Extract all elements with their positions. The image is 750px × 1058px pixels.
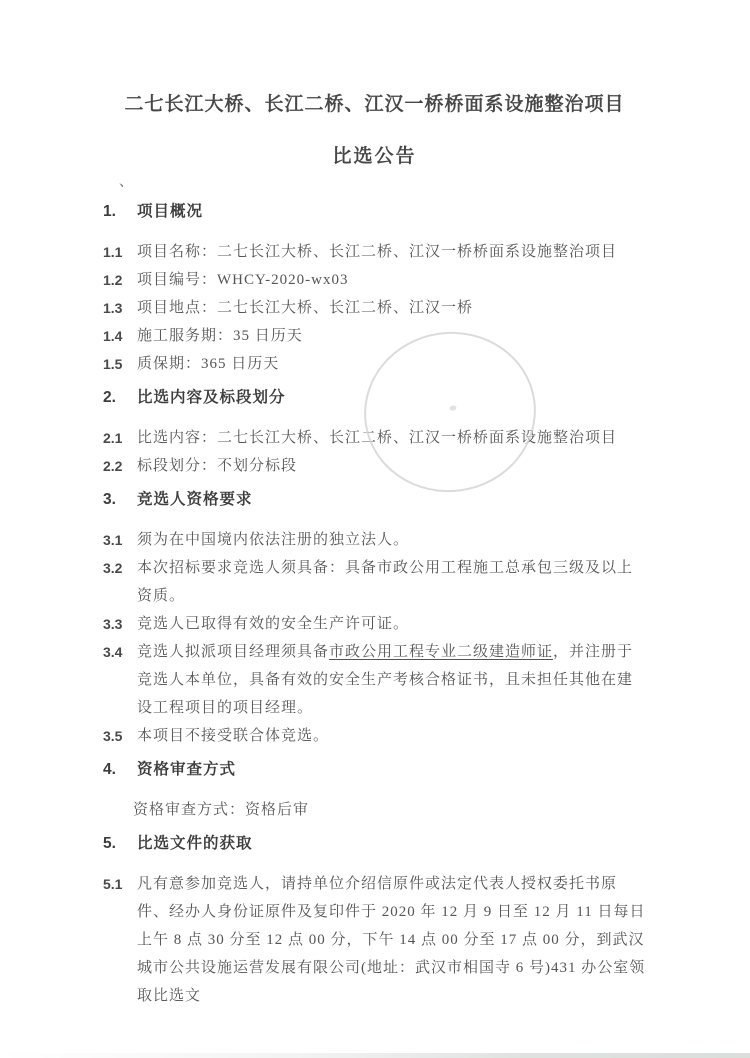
list-item: 3.1 须为在中国境内依法注册的独立法人。	[103, 526, 646, 554]
section-heading-3: 3. 竞选人资格要求	[103, 486, 646, 514]
list-item: 3.5 本项目不接受联合体竞选。	[103, 722, 646, 750]
item-number: 1.1	[103, 238, 137, 266]
item-text: 本项目不接受联合体竞选。	[137, 722, 646, 750]
section-heading-4: 4. 资格审查方式	[103, 756, 646, 784]
item-text: 竞选人拟派项目经理须具备市政公用工程专业二级建造师证，并注册于竞选人本单位，具备…	[137, 638, 646, 722]
section-title: 竞选人资格要求	[137, 486, 253, 514]
section-1-items: 1.1 项目名称：二七长江大桥、长江二桥、江汉一桥桥面系设施整治项目 1.2 项…	[103, 238, 646, 378]
item-number: 1.3	[103, 294, 137, 322]
item-text: 须为在中国境内依法注册的独立法人。	[137, 526, 646, 554]
list-item: 1.4 施工服务期：35 日历天	[103, 322, 646, 350]
list-item: 3.2 本次招标要求竞选人须具备：具备市政公用工程施工总承包三级及以上资质。	[103, 554, 646, 610]
item-text: 本次招标要求竞选人须具备：具备市政公用工程施工总承包三级及以上资质。	[137, 554, 646, 610]
section-heading-5: 5. 比选文件的获取	[103, 830, 646, 858]
item-number: 1.4	[103, 322, 137, 350]
section-number: 4.	[103, 756, 137, 784]
section-3-items: 3.1 须为在中国境内依法注册的独立法人。 3.2 本次招标要求竞选人须具备：具…	[103, 526, 646, 750]
item-number: 2.1	[103, 424, 137, 452]
section-heading-1: 1. 项目概况	[103, 198, 646, 226]
item-number: 3.5	[103, 722, 137, 750]
item-number: 3.1	[103, 526, 137, 554]
item-text: 标段划分：不划分标段	[137, 452, 646, 480]
item-number: 2.2	[103, 452, 137, 480]
stray-comma-mark: 、	[119, 174, 646, 192]
item-text: 竞选人已取得有效的安全生产许可证。	[137, 610, 646, 638]
list-item: 2.2 标段划分：不划分标段	[103, 452, 646, 480]
list-item: 1.1 项目名称：二七长江大桥、长江二桥、江汉一桥桥面系设施整治项目	[103, 238, 646, 266]
section-title: 比选文件的获取	[137, 830, 253, 858]
list-item: 1.5 质保期：365 日历天	[103, 350, 646, 378]
item-text: 质保期：365 日历天	[137, 350, 646, 378]
list-item: 1.3 项目地点：二七长江大桥、长江二桥、江汉一桥	[103, 294, 646, 322]
section-title: 项目概况	[137, 198, 203, 226]
list-item: 2.1 比选内容：二七长江大桥、长江二桥、江汉一桥桥面系设施整治项目	[103, 424, 646, 452]
section-title: 比选内容及标段划分	[137, 384, 286, 412]
requirement-text-pre: 竞选人拟派项目经理须具备	[137, 644, 329, 660]
section-number: 2.	[103, 384, 137, 412]
item-text: 项目编号：WHCY-2020-wx03	[137, 266, 646, 294]
underlined-text: 市政公用工程专业二级建造师证	[329, 644, 553, 660]
document-title: 二七长江大桥、长江二桥、江汉一桥桥面系设施整治项目	[103, 92, 646, 118]
section-5-items: 5.1 凡有意参加竞选人，请持单位介绍信原件或法定代表人授权委托书原件、经办人身…	[103, 870, 646, 1010]
document-page: 二七长江大桥、长江二桥、江汉一桥桥面系设施整治项目 比选公告 、 1. 项目概况…	[0, 0, 750, 1058]
item-text: 项目名称：二七长江大桥、长江二桥、江汉一桥桥面系设施整治项目	[137, 238, 646, 266]
item-text: 凡有意参加竞选人，请持单位介绍信原件或法定代表人授权委托书原件、经办人身份证原件…	[137, 870, 646, 1010]
item-text: 比选内容：二七长江大桥、长江二桥、江汉一桥桥面系设施整治项目	[137, 424, 646, 452]
item-number: 5.1	[103, 870, 137, 898]
qualification-review-paragraph: 资格审查方式：资格后审	[103, 796, 646, 824]
section-number: 3.	[103, 486, 137, 514]
item-text: 施工服务期：35 日历天	[137, 322, 646, 350]
section-number: 1.	[103, 198, 137, 226]
section-heading-2: 2. 比选内容及标段划分	[103, 384, 646, 412]
item-number: 1.2	[103, 266, 137, 294]
list-item: 1.2 项目编号：WHCY-2020-wx03	[103, 266, 646, 294]
list-item: 5.1 凡有意参加竞选人，请持单位介绍信原件或法定代表人授权委托书原件、经办人身…	[103, 870, 646, 1010]
section-title: 资格审查方式	[137, 756, 236, 784]
item-number: 1.5	[103, 350, 137, 378]
item-number: 3.3	[103, 610, 137, 638]
list-item: 3.3 竞选人已取得有效的安全生产许可证。	[103, 610, 646, 638]
item-number: 3.2	[103, 554, 137, 582]
item-text: 项目地点：二七长江大桥、长江二桥、江汉一桥	[137, 294, 646, 322]
list-item: 3.4 竞选人拟派项目经理须具备市政公用工程专业二级建造师证，并注册于竞选人本单…	[103, 638, 646, 722]
document-subtitle: 比选公告	[103, 144, 646, 170]
scan-bottom-edge-artifact	[0, 1053, 750, 1058]
section-number: 5.	[103, 830, 137, 858]
section-2-items: 2.1 比选内容：二七长江大桥、长江二桥、江汉一桥桥面系设施整治项目 2.2 标…	[103, 424, 646, 480]
item-number: 3.4	[103, 638, 137, 666]
